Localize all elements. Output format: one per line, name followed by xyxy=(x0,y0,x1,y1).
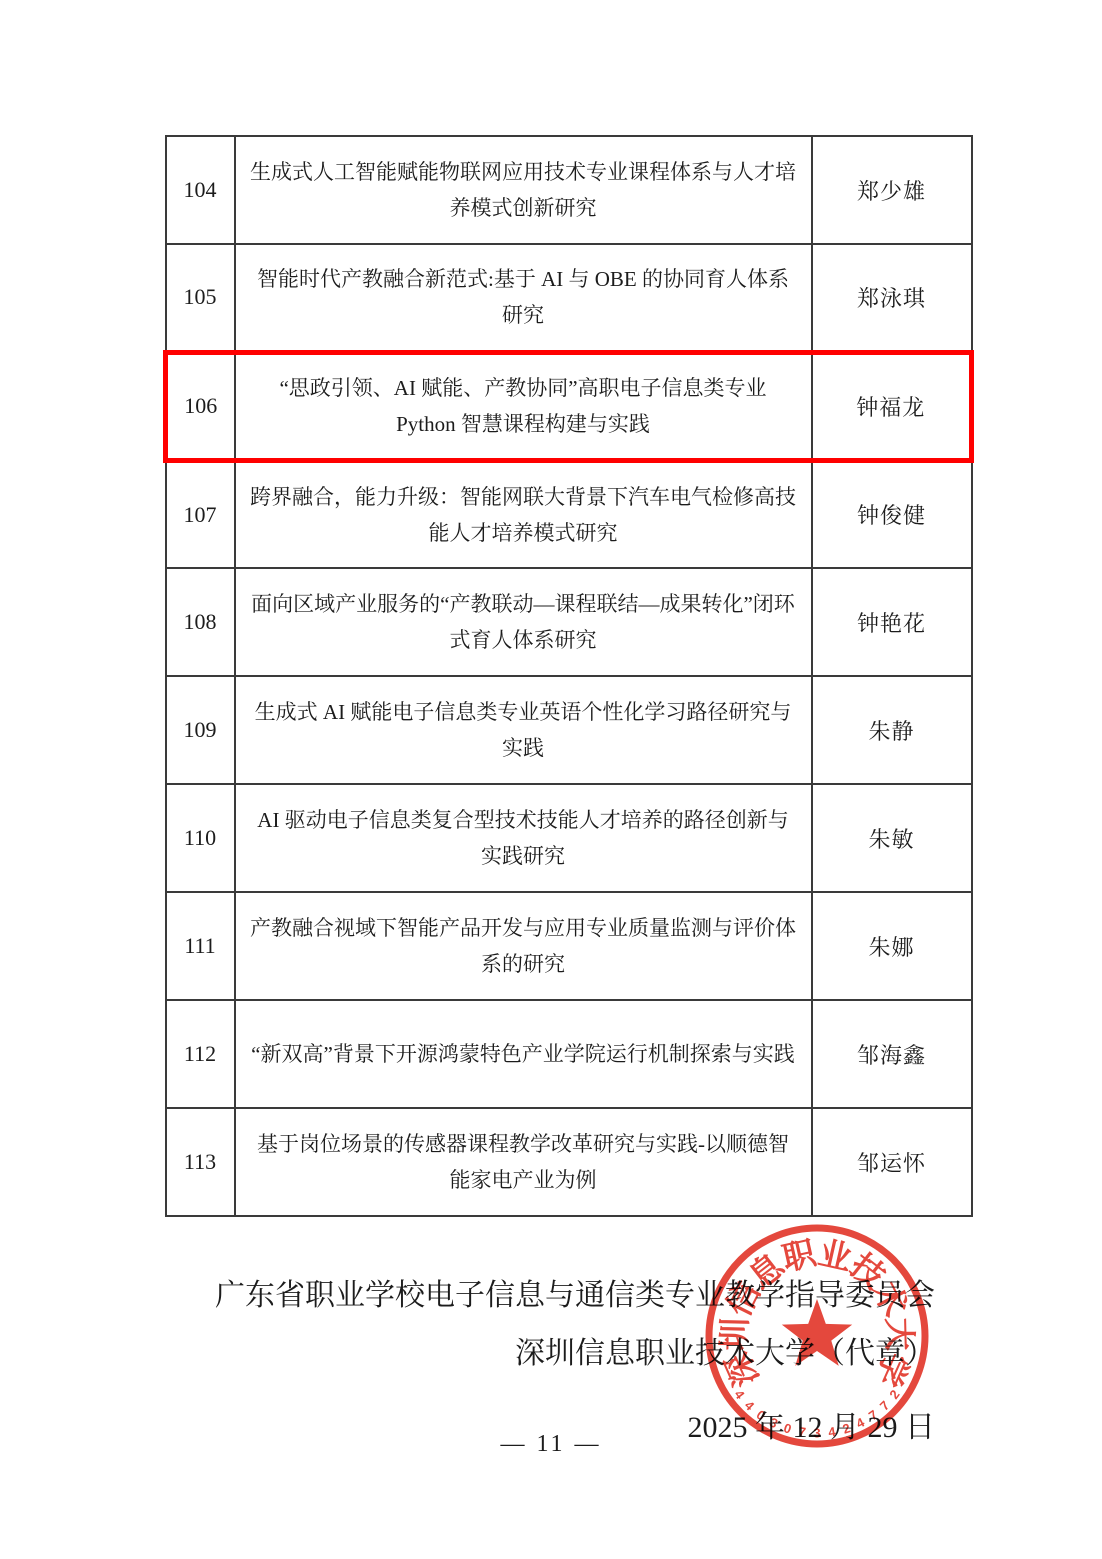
projects-table: 104 生成式人工智能赋能物联网应用技术专业课程体系与人才培养模式创新研究 郑少… xyxy=(163,135,974,1217)
row-number: 109 xyxy=(166,676,235,784)
row-number: 108 xyxy=(166,568,235,676)
row-number: 111 xyxy=(166,892,235,1000)
stamp-serial-digit: 7 xyxy=(797,1424,806,1440)
table-row: 113 基于岗位场景的传感器课程教学改革研究与实践-以顺德智能家电产业为例 邹运… xyxy=(166,1108,972,1216)
table-row: 106 “思政引领、AI 赋能、产教协同”高职电子信息类专业 Python 智慧… xyxy=(166,352,972,460)
project-title: 跨界融合，能力升级：智能网联大背景下汽车电气检修高技能人才培养模式研究 xyxy=(235,460,812,568)
project-title: 智能时代产教融合新范式:基于 AI 与 OBE 的协同育人体系研究 xyxy=(235,244,812,352)
stamp-star xyxy=(782,1299,852,1366)
row-number: 113 xyxy=(166,1108,235,1216)
stamp-arc-char: 学 xyxy=(868,1347,915,1392)
person-name: 钟艳花 xyxy=(812,568,972,676)
table-row: 112 “新双高”背景下开源鸿蒙特色产业学院运行机制探索与实践 邹海鑫 xyxy=(166,1000,972,1108)
table-row: 107 跨界融合，能力升级：智能网联大背景下汽车电气检修高技能人才培养模式研究 … xyxy=(166,460,972,568)
row-number: 110 xyxy=(166,784,235,892)
row-number: 106 xyxy=(166,352,235,460)
stamp-serial-digit: 3 xyxy=(813,1426,820,1441)
stamp-arc-char: 深 xyxy=(719,1347,766,1392)
project-title: 面向区域产业服务的“产教联动—课程联结—成果转化”闭环式育人体系研究 xyxy=(235,568,812,676)
university-stamp: 深圳信息职业技术大学4403073424772 xyxy=(697,1216,937,1456)
stamp-arc-char: 职 xyxy=(779,1235,820,1279)
row-number: 107 xyxy=(166,460,235,568)
project-title: 产教融合视域下智能产品开发与应用专业质量监测与评价体系的研究 xyxy=(235,892,812,1000)
stamp-serial-digit: 2 xyxy=(841,1420,852,1436)
table-row: 111 产教融合视域下智能产品开发与应用专业质量监测与评价体系的研究 朱娜 xyxy=(166,892,972,1000)
person-name: 朱娜 xyxy=(812,892,972,1000)
person-name: 朱静 xyxy=(812,676,972,784)
project-title: “新双高”背景下开源鸿蒙特色产业学院运行机制探索与实践 xyxy=(235,1000,812,1108)
project-title: 生成式人工智能赋能物联网应用技术专业课程体系与人才培养模式创新研究 xyxy=(235,136,812,244)
table-row: 104 生成式人工智能赋能物联网应用技术专业课程体系与人才培养模式创新研究 郑少… xyxy=(166,136,972,244)
stamp-arc-char: 大 xyxy=(880,1317,918,1351)
person-name: 邹海鑫 xyxy=(812,1000,972,1108)
row-number: 104 xyxy=(166,136,235,244)
table-row: 110 AI 驱动电子信息类复合型技术技能人才培养的路径创新与实践研究 朱敏 xyxy=(166,784,972,892)
table-row: 109 生成式 AI 赋能电子信息类专业英语个性化学习路径研究与实践 朱静 xyxy=(166,676,972,784)
project-title: 生成式 AI 赋能电子信息类专业英语个性化学习路径研究与实践 xyxy=(235,676,812,784)
project-title: 基于岗位场景的传感器课程教学改革研究与实践-以顺德智能家电产业为例 xyxy=(235,1108,812,1216)
projects-table-body: 104 生成式人工智能赋能物联网应用技术专业课程体系与人才培养模式创新研究 郑少… xyxy=(166,136,972,1216)
person-name: 朱敏 xyxy=(812,784,972,892)
person-name: 郑泳琪 xyxy=(812,244,972,352)
row-number: 112 xyxy=(166,1000,235,1108)
document-page: 104 生成式人工智能赋能物联网应用技术专业课程体系与人才培养模式创新研究 郑少… xyxy=(0,0,1102,1559)
table-row: 108 面向区域产业服务的“产教联动—课程联结—成果转化”闭环式育人体系研究 钟… xyxy=(166,568,972,676)
table-row: 105 智能时代产教融合新范式:基于 AI 与 OBE 的协同育人体系研究 郑泳… xyxy=(166,244,972,352)
project-title: “思政引领、AI 赋能、产教协同”高职电子信息类专业 Python 智慧课程构建… xyxy=(235,352,812,460)
stamp-serial-digit: 0 xyxy=(782,1420,793,1436)
row-number: 105 xyxy=(166,244,235,352)
stamp-arc-char: 圳 xyxy=(718,1317,755,1351)
person-name: 邹运怀 xyxy=(812,1108,972,1216)
person-name: 钟福龙 xyxy=(812,352,972,460)
stamp-serial-digit: 4 xyxy=(827,1424,837,1440)
person-name: 钟俊健 xyxy=(812,460,972,568)
project-title: AI 驱动电子信息类复合型技术技能人才培养的路径创新与实践研究 xyxy=(235,784,812,892)
stamp-serial-digit: 4 xyxy=(854,1414,868,1431)
stamp-serial-digit: 3 xyxy=(767,1414,780,1431)
person-name: 郑少雄 xyxy=(812,136,972,244)
